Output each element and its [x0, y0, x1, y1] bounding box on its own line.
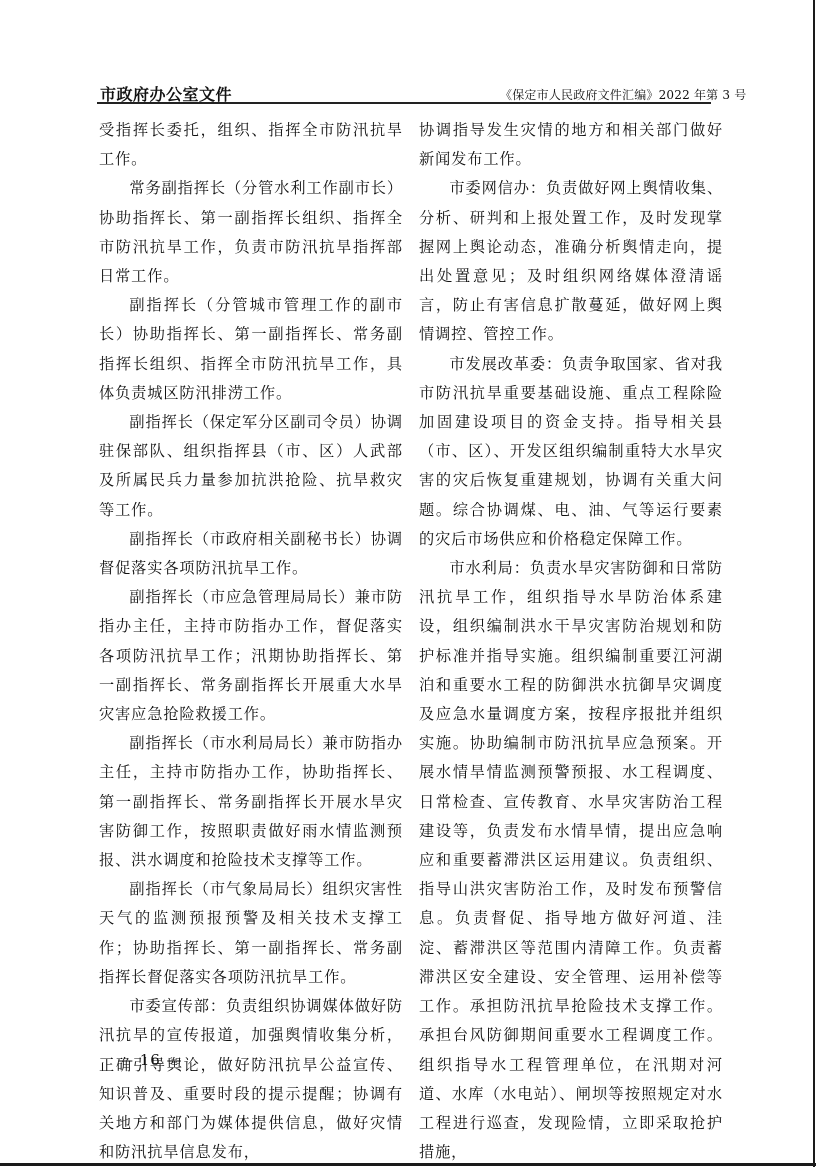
paragraph: 市委网信办：负责做好网上舆情收集、分析、研判和上报处置工作，及时发现掌握网上舆论… — [419, 174, 723, 349]
paragraph: 常务副指挥长（分管水利工作副市长）协助指挥长、第一副指挥长组织、指挥全市防汛抗旱… — [99, 174, 403, 291]
publication-title: 《保定市人民政府文件汇编》2022 年第 3 号 — [500, 86, 710, 103]
paragraph: 副指挥长（市气象局局长）组织灾害性天气的监测预报预警及相关技术支撑工作；协助指挥… — [99, 875, 403, 992]
paragraph: 市水利局：负责水旱灾害防御和日常防汛抗旱工作，组织指导水旱防治体系建设，组织编制… — [419, 554, 723, 1167]
right-column: 协调指导发生灾情的地方和相关部门做好新闻发布工作。 市委网信办：负责做好网上舆情… — [419, 116, 723, 1167]
paragraph: 副指挥长（保定军分区副司令员）协调驻保部队、组织指挥县（市、区）人武部及所属民兵… — [99, 408, 403, 525]
paragraph: 副指挥长（分管城市管理工作的副市长）协助指挥长、第一副指挥长、常务副指挥长组织、… — [99, 291, 403, 408]
left-column: 受指挥长委托，组织、指挥全市防汛抗旱工作。 常务副指挥长（分管水利工作副市长）协… — [99, 116, 403, 1167]
paragraph: 市发展改革委：负责争取国家、省对我市防汛抗旱重要基础设施、重点工程除险加固建设项… — [419, 350, 723, 554]
paragraph: 市委宣传部：负责组织协调媒体做好防汛抗旱的宣传报道，加强舆情收集分析，正确引导舆… — [99, 992, 403, 1167]
paragraph: 副指挥长（市应急管理局局长）兼市防指办主任，主持市防指办工作，督促落实各项防汛抗… — [99, 583, 403, 729]
paragraph: 受指挥长委托，组织、指挥全市防汛抗旱工作。 — [99, 116, 403, 174]
header-rule — [97, 102, 711, 104]
page-edge-right — [813, 0, 815, 1167]
paragraph: 副指挥长（市水利局局长）兼市防指办主任，主持市防指办工作，协助指挥长、第一副指挥… — [99, 729, 403, 875]
page-number: — 16 — — [118, 1051, 183, 1069]
paragraph: 协调指导发生灾情的地方和相关部门做好新闻发布工作。 — [419, 116, 723, 174]
paragraph: 副指挥长（市政府相关副秘书长）协调督促落实各项防汛抗旱工作。 — [99, 525, 403, 583]
